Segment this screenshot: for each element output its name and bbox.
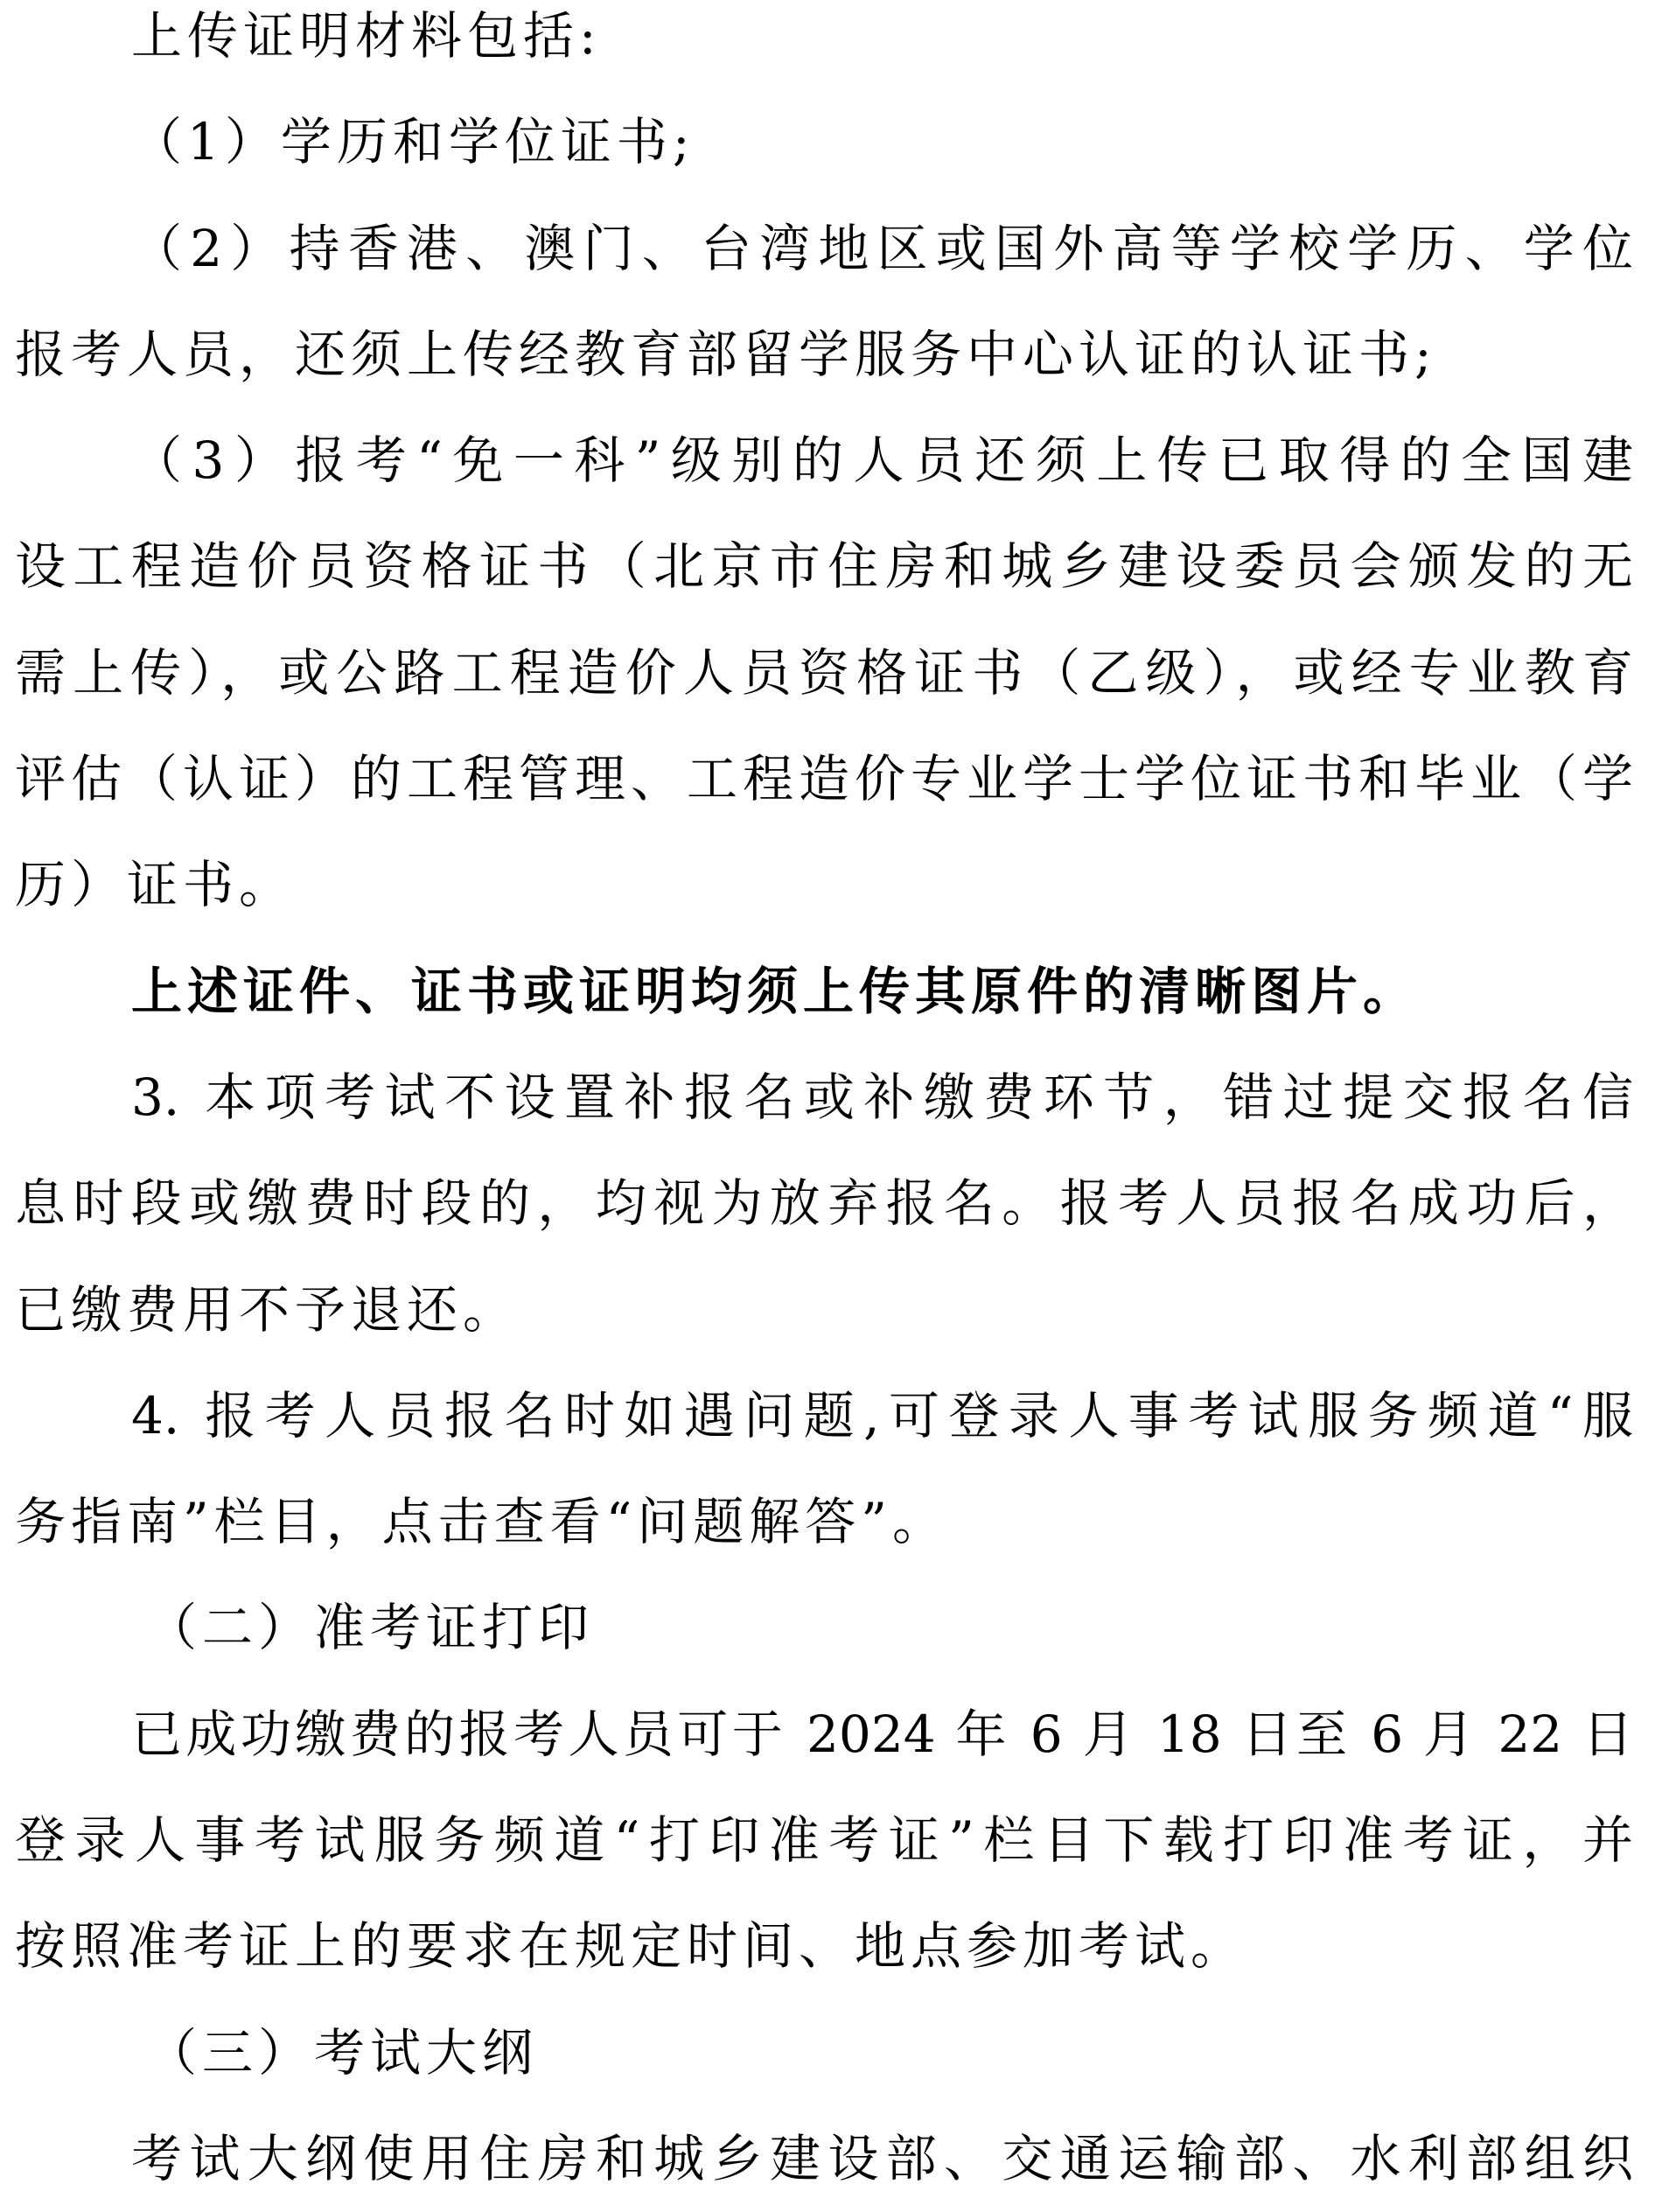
document-page: 上传证明材料包括: （1）学历和学位证书; （2）持香港、澳门、台湾地区或国外高… — [15, 0, 1633, 2212]
section-3-line-1: 考试大纲使用住房和城乡建设部、交通运输部、水利部组织 — [15, 2106, 1633, 2212]
upload-note-bold: 上述证件、证书或证明均须上传其原件的清晰图片。 — [15, 939, 1633, 1045]
section-2-line-1: 已成功缴费的报考人员可于 2024 年 6 月 18 日至 6 月 22 日 — [15, 1682, 1633, 1788]
upload-item-3-line-1: （3）报考“免一科”级别的人员还须上传已取得的全国建 — [15, 408, 1633, 514]
point-4-line-1: 4. 报考人员报名时如遇问题,可登录人事考试服务频道“服 — [15, 1363, 1633, 1469]
point-3-line-1: 3. 本项考试不设置补报名或补缴费环节，错过提交报名信 — [15, 1045, 1633, 1151]
upload-item-2-line-1: （2）持香港、澳门、台湾地区或国外高等学校学历、学位 — [15, 196, 1633, 302]
upload-item-1: （1）学历和学位证书; — [15, 89, 1633, 195]
section-2-line-2: 登录人事考试服务频道“打印准考证”栏目下载打印准考证，并 — [15, 1788, 1633, 1893]
point-3-line-2: 息时段或缴费时段的，均视为放弃报名。报考人员报名成功后， — [15, 1151, 1633, 1256]
upload-item-3-line-2: 设工程造价员资格证书（北京市住房和城乡建设委员会颁发的无 — [15, 514, 1633, 619]
upload-item-3-line-4: 评估（认证）的工程管理、工程造价专业学士学位证书和毕业（学 — [15, 726, 1633, 832]
point-3-line-3: 已缴费用不予退还。 — [15, 1257, 1633, 1363]
section-2-line-3: 按照准考证上的要求在规定时间、地点参加考试。 — [15, 1893, 1633, 1999]
section-2-heading: （二）准考证打印 — [15, 1575, 1633, 1681]
upload-item-3-line-3: 需上传），或公路工程造价人员资格证书（乙级），或经专业教育 — [15, 620, 1633, 726]
upload-item-2-line-2: 报考人员，还须上传经教育部留学服务中心认证的认证书; — [15, 302, 1633, 408]
section-3-heading: （三）考试大纲 — [15, 2000, 1633, 2106]
point-4-line-2: 务指南”栏目，点击查看“问题解答”。 — [15, 1469, 1633, 1575]
upload-item-3-line-5: 历）证书。 — [15, 832, 1633, 938]
upload-materials-intro: 上传证明材料包括: — [15, 0, 1633, 89]
